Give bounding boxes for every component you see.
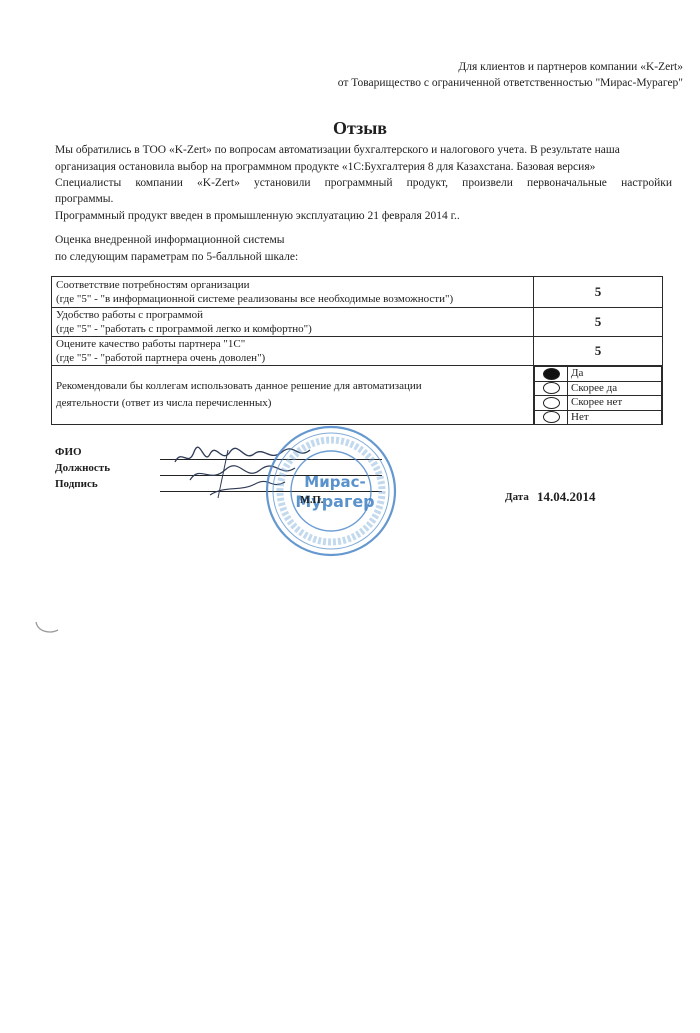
option-row-no[interactable]: Нет xyxy=(535,410,662,424)
criterion-cell: Соответствие потребностям организации (г… xyxy=(52,277,534,308)
document-title: Отзыв xyxy=(0,118,700,139)
evaluation-heading-2: по следующим параметрам по 5-балльной шк… xyxy=(55,251,298,263)
date-value: 14.04.2014 xyxy=(537,489,596,505)
company-stamp-icon: Мирас- Мурагер xyxy=(263,423,399,559)
header-line-sender: от Товарищество с ограниченной ответстве… xyxy=(338,77,683,89)
evaluation-heading-1: Оценка внедренной информационной системы xyxy=(55,234,284,246)
radio-selected-icon[interactable] xyxy=(543,368,560,380)
intro-line-4: программы. xyxy=(55,193,113,205)
table-row: Соответствие потребностям организации (г… xyxy=(52,277,663,308)
radio-empty-icon[interactable] xyxy=(543,382,560,394)
header-line-clients: Для клиентов и партнеров компании «K-Zer… xyxy=(458,61,683,73)
recommend-question-cell: Рекомендовали бы коллегам использовать д… xyxy=(52,366,534,425)
criterion-cell: Удобство работы с программой (где "5" - … xyxy=(52,308,534,337)
position-label: Должность xyxy=(55,462,110,474)
signature-label: Подпись xyxy=(55,478,98,490)
criterion-note: (где "5" - "работой партнера очень довол… xyxy=(56,351,529,365)
criterion-title: Оцените качество работы партнера "1С" xyxy=(56,337,529,351)
intro-line-2: организация остановила выбор на программ… xyxy=(55,161,595,173)
option-row-rather-yes[interactable]: Скорее да xyxy=(535,381,662,396)
option-row-rather-no[interactable]: Скорее нет xyxy=(535,396,662,411)
criterion-note: (где "5" - "работать с программой легко … xyxy=(56,322,529,336)
scan-artifact-icon xyxy=(32,620,62,636)
criterion-title: Соответствие потребностям организации xyxy=(56,278,529,292)
option-label: Скорее да xyxy=(568,381,662,396)
table-row: Удобство работы с программой (где "5" - … xyxy=(52,308,663,337)
option-row-yes[interactable]: Да xyxy=(535,367,662,382)
criterion-cell: Оцените качество работы партнера "1С" (г… xyxy=(52,337,534,366)
seal-label: М.П. xyxy=(300,495,323,506)
option-label: Скорее нет xyxy=(568,396,662,411)
table-row: Рекомендовали бы коллегам использовать д… xyxy=(52,366,663,425)
date-label: Дата xyxy=(505,491,529,503)
rating-table: Соответствие потребностям организации (г… xyxy=(51,276,663,425)
radio-empty-icon[interactable] xyxy=(543,397,560,409)
intro-line-3: Специалисты компании «K-Zert» установили… xyxy=(55,177,672,189)
criterion-title: Удобство работы с программой xyxy=(56,308,529,322)
score-cell[interactable]: 5 xyxy=(534,308,663,337)
option-label: Нет xyxy=(568,410,662,424)
intro-line-5: Программный продукт введен в промышленну… xyxy=(55,210,460,222)
recommend-question-line-2: деятельности (ответ из числа перечисленн… xyxy=(56,395,529,412)
option-label: Да xyxy=(568,367,662,382)
radio-empty-icon[interactable] xyxy=(543,411,560,423)
intro-line-1: Мы обратились в ТОО «K-Zert» по вопросам… xyxy=(55,144,620,156)
score-cell[interactable]: 5 xyxy=(534,277,663,308)
svg-text:Мирас-: Мирас- xyxy=(304,473,365,491)
fio-label: ФИО xyxy=(55,446,82,458)
recommend-question-line-1: Рекомендовали бы коллегам использовать д… xyxy=(56,378,529,395)
criterion-note: (где "5" - "в информационной системе реа… xyxy=(56,292,529,306)
score-cell[interactable]: 5 xyxy=(534,337,663,366)
table-row: Оцените качество работы партнера "1С" (г… xyxy=(52,337,663,366)
recommend-options-cell: Да Скорее да Скорее нет Нет xyxy=(534,366,663,425)
